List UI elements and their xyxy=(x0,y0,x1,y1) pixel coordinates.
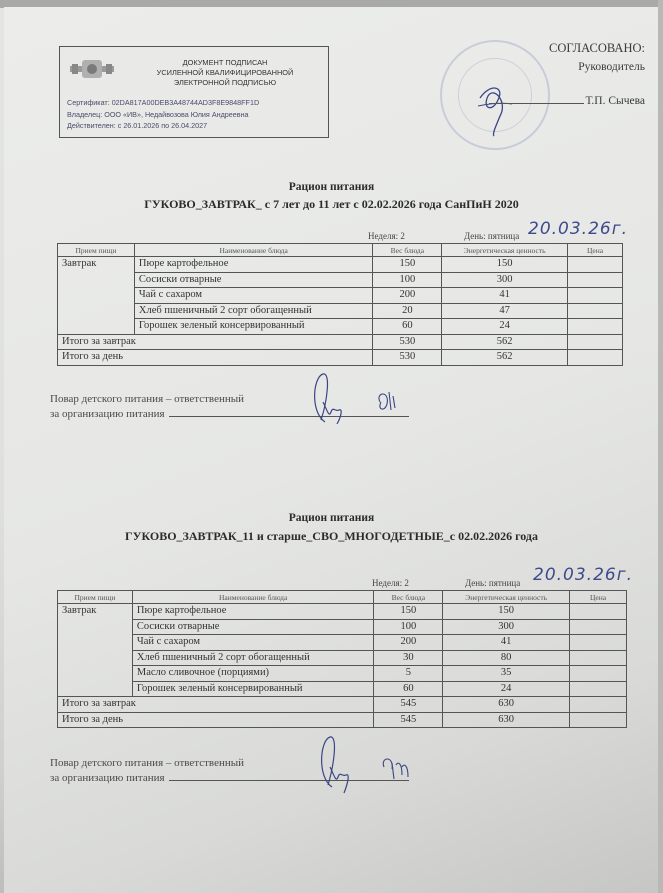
section2-week: Неделя: 2 xyxy=(372,578,409,588)
table-row: Чай с сахаром20041 xyxy=(58,635,627,651)
price-cell xyxy=(570,619,627,635)
price-cell xyxy=(568,257,623,273)
esign-heading-line: ЭЛЕКТРОННОЙ ПОДПИСЬЮ xyxy=(130,78,320,88)
price-cell xyxy=(570,604,627,620)
column-header: Энергетическая ценность xyxy=(442,244,568,257)
energy-cell: 300 xyxy=(443,619,570,635)
table-row: Масло сливочное (порциями)535 xyxy=(58,666,627,682)
energy-cell: 41 xyxy=(443,635,570,651)
table-row: Хлеб пшеничный 2 сорт обогащенный3080 xyxy=(58,650,627,666)
weight-cell: 20 xyxy=(373,303,442,319)
esign-heading-line: ДОКУМЕНТ ПОДПИСАН xyxy=(130,58,320,68)
energy-cell: 24 xyxy=(442,319,568,335)
approval-position: Руководитель xyxy=(489,59,645,75)
total-weight: 530 xyxy=(373,334,442,350)
weight-cell: 60 xyxy=(374,681,443,697)
energy-cell: 150 xyxy=(443,604,570,620)
section2-day: День: пятница xyxy=(465,578,520,588)
dish-cell: Хлеб пшеничный 2 сорт обогащенный xyxy=(134,303,373,319)
table-row: Сосиски отварные100300 xyxy=(58,272,623,288)
price-cell xyxy=(568,288,623,304)
table-row: Чай с сахаром20041 xyxy=(58,288,623,304)
weight-cell: 150 xyxy=(374,604,443,620)
section2-subtitle: ГУКОВО_ЗАВТРАК_11 и старше_СВО_МНОГОДЕТН… xyxy=(0,529,663,544)
total-row: Итого за день545630 xyxy=(58,712,627,728)
section2-menu-table: Прием пищи Наименование блюда Вес блюда … xyxy=(57,590,627,728)
column-header: Цена xyxy=(570,591,627,604)
energy-cell: 150 xyxy=(442,257,568,273)
total-label: Итого за день xyxy=(58,712,374,728)
approval-label: СОГЛАСОВАНО: xyxy=(489,40,645,56)
certificate-owner: Владелец: ООО «ИВ», Недайвозова Юлия Анд… xyxy=(67,109,327,121)
dish-cell: Сосиски отварные xyxy=(134,272,373,288)
energy-cell: 41 xyxy=(442,288,568,304)
total-price xyxy=(570,697,627,713)
weight-cell: 100 xyxy=(373,272,442,288)
section1-menu-table: Прием пищи Наименование блюда Вес блюда … xyxy=(57,243,623,366)
signature-line xyxy=(489,102,584,104)
total-row: Итого за завтрак530562 xyxy=(58,334,623,350)
dish-cell: Пюре картофельное xyxy=(134,257,373,273)
dish-cell: Хлеб пшеничный 2 сорт обогащенный xyxy=(132,650,374,666)
dish-cell: Горошек зеленый консервированный xyxy=(134,319,373,335)
total-price xyxy=(570,712,627,728)
total-price xyxy=(568,334,623,350)
total-label: Итого за день xyxy=(58,350,373,366)
section1-subtitle: ГУКОВО_ЗАВТРАК_ с 7 лет до 11 лет с 02.0… xyxy=(0,197,663,212)
esign-meta: Сертификат: 02DA817A00DEB3A48744AD3F8E98… xyxy=(67,97,327,132)
esign-heading: ДОКУМЕНТ ПОДПИСАН УСИЛЕННОЙ КВАЛИФИЦИРОВ… xyxy=(130,58,320,88)
energy-cell: 80 xyxy=(443,650,570,666)
certificate-number: Сертификат: 02DA817A00DEB3A48744AD3F8E98… xyxy=(67,97,327,109)
total-label: Итого за завтрак xyxy=(58,334,373,350)
certificate-validity: Действителен: с 26.01.2026 по 26.04.2027 xyxy=(67,120,327,132)
dish-cell: Пюре картофельное xyxy=(132,604,374,620)
table-row: Горошек зеленый консервированный6024 xyxy=(58,681,627,697)
page-edge xyxy=(658,0,663,893)
weight-cell: 200 xyxy=(374,635,443,651)
column-header: Цена xyxy=(568,244,623,257)
weight-cell: 100 xyxy=(374,619,443,635)
meal-cell: Завтрак xyxy=(58,604,133,697)
price-cell xyxy=(570,635,627,651)
table-row: ЗавтракПюре картофельное150150 xyxy=(58,604,627,620)
section1-week: Неделя: 2 xyxy=(368,231,405,241)
price-cell xyxy=(570,666,627,682)
table-header-row: Прием пищи Наименование блюда Вес блюда … xyxy=(58,591,627,604)
emblem-icon xyxy=(68,57,116,81)
total-weight: 545 xyxy=(374,697,443,713)
total-weight: 530 xyxy=(373,350,442,366)
cook-signature-icon xyxy=(305,372,415,427)
weight-cell: 60 xyxy=(373,319,442,335)
price-cell xyxy=(568,272,623,288)
column-header: Наименование блюда xyxy=(134,244,373,257)
total-label: Итого за завтрак xyxy=(58,697,374,713)
dish-cell: Горошек зеленый консервированный xyxy=(132,681,374,697)
electronic-signature-box: ДОКУМЕНТ ПОДПИСАН УСИЛЕННОЙ КВАЛИФИЦИРОВ… xyxy=(59,46,329,138)
meal-cell: Завтрак xyxy=(58,257,135,335)
table-header-row: Прием пищи Наименование блюда Вес блюда … xyxy=(58,244,623,257)
section2-handwritten-date: 20.03.26г. xyxy=(533,565,633,585)
total-row: Итого за завтрак545630 xyxy=(58,697,627,713)
energy-cell: 24 xyxy=(443,681,570,697)
section1-handwritten-date: 20.03.26г. xyxy=(528,219,628,239)
section2-title: Рацион питания xyxy=(0,512,663,524)
table-row: ЗавтракПюре картофельное150150 xyxy=(58,257,623,273)
approval-name: Т.П. Сычева xyxy=(586,95,645,107)
total-energy: 630 xyxy=(443,712,570,728)
column-header: Прием пищи xyxy=(58,244,135,257)
dish-cell: Масло сливочное (порциями) xyxy=(132,666,374,682)
column-header: Наименование блюда xyxy=(132,591,374,604)
price-cell xyxy=(570,650,627,666)
dish-cell: Чай с сахаром xyxy=(134,288,373,304)
price-cell xyxy=(568,319,623,335)
weight-cell: 200 xyxy=(373,288,442,304)
energy-cell: 300 xyxy=(442,272,568,288)
table-row: Хлеб пшеничный 2 сорт обогащенный2047 xyxy=(58,303,623,319)
cook-signature-icon xyxy=(312,735,422,795)
total-weight: 545 xyxy=(374,712,443,728)
responsible-line: за организацию питания xyxy=(50,408,165,420)
responsible-line: за организацию питания xyxy=(50,772,165,784)
section1-day: День: пятница xyxy=(464,231,519,241)
esign-heading-line: УСИЛЕННОЙ КВАЛИФИЦИРОВАННОЙ xyxy=(130,68,320,78)
total-energy: 562 xyxy=(442,334,568,350)
column-header: Вес блюда xyxy=(374,591,443,604)
weight-cell: 5 xyxy=(374,666,443,682)
total-price xyxy=(568,350,623,366)
dish-cell: Сосиски отварные xyxy=(132,619,374,635)
column-header: Прием пищи xyxy=(58,591,133,604)
approval-name-row: Т.П. Сычева xyxy=(489,93,645,109)
approval-block: СОГЛАСОВАНО: Руководитель Т.П. Сычева xyxy=(489,40,645,109)
energy-cell: 35 xyxy=(443,666,570,682)
section1-title: Рацион питания xyxy=(0,181,663,193)
total-energy: 630 xyxy=(443,697,570,713)
total-energy: 562 xyxy=(442,350,568,366)
dish-cell: Чай с сахаром xyxy=(132,635,374,651)
total-row: Итого за день530562 xyxy=(58,350,623,366)
column-header: Энергетическая ценность xyxy=(443,591,570,604)
energy-cell: 47 xyxy=(442,303,568,319)
weight-cell: 150 xyxy=(373,257,442,273)
weight-cell: 30 xyxy=(374,650,443,666)
price-cell xyxy=(568,303,623,319)
price-cell xyxy=(570,681,627,697)
table-row: Горошек зеленый консервированный6024 xyxy=(58,319,623,335)
table-row: Сосиски отварные100300 xyxy=(58,619,627,635)
column-header: Вес блюда xyxy=(373,244,442,257)
